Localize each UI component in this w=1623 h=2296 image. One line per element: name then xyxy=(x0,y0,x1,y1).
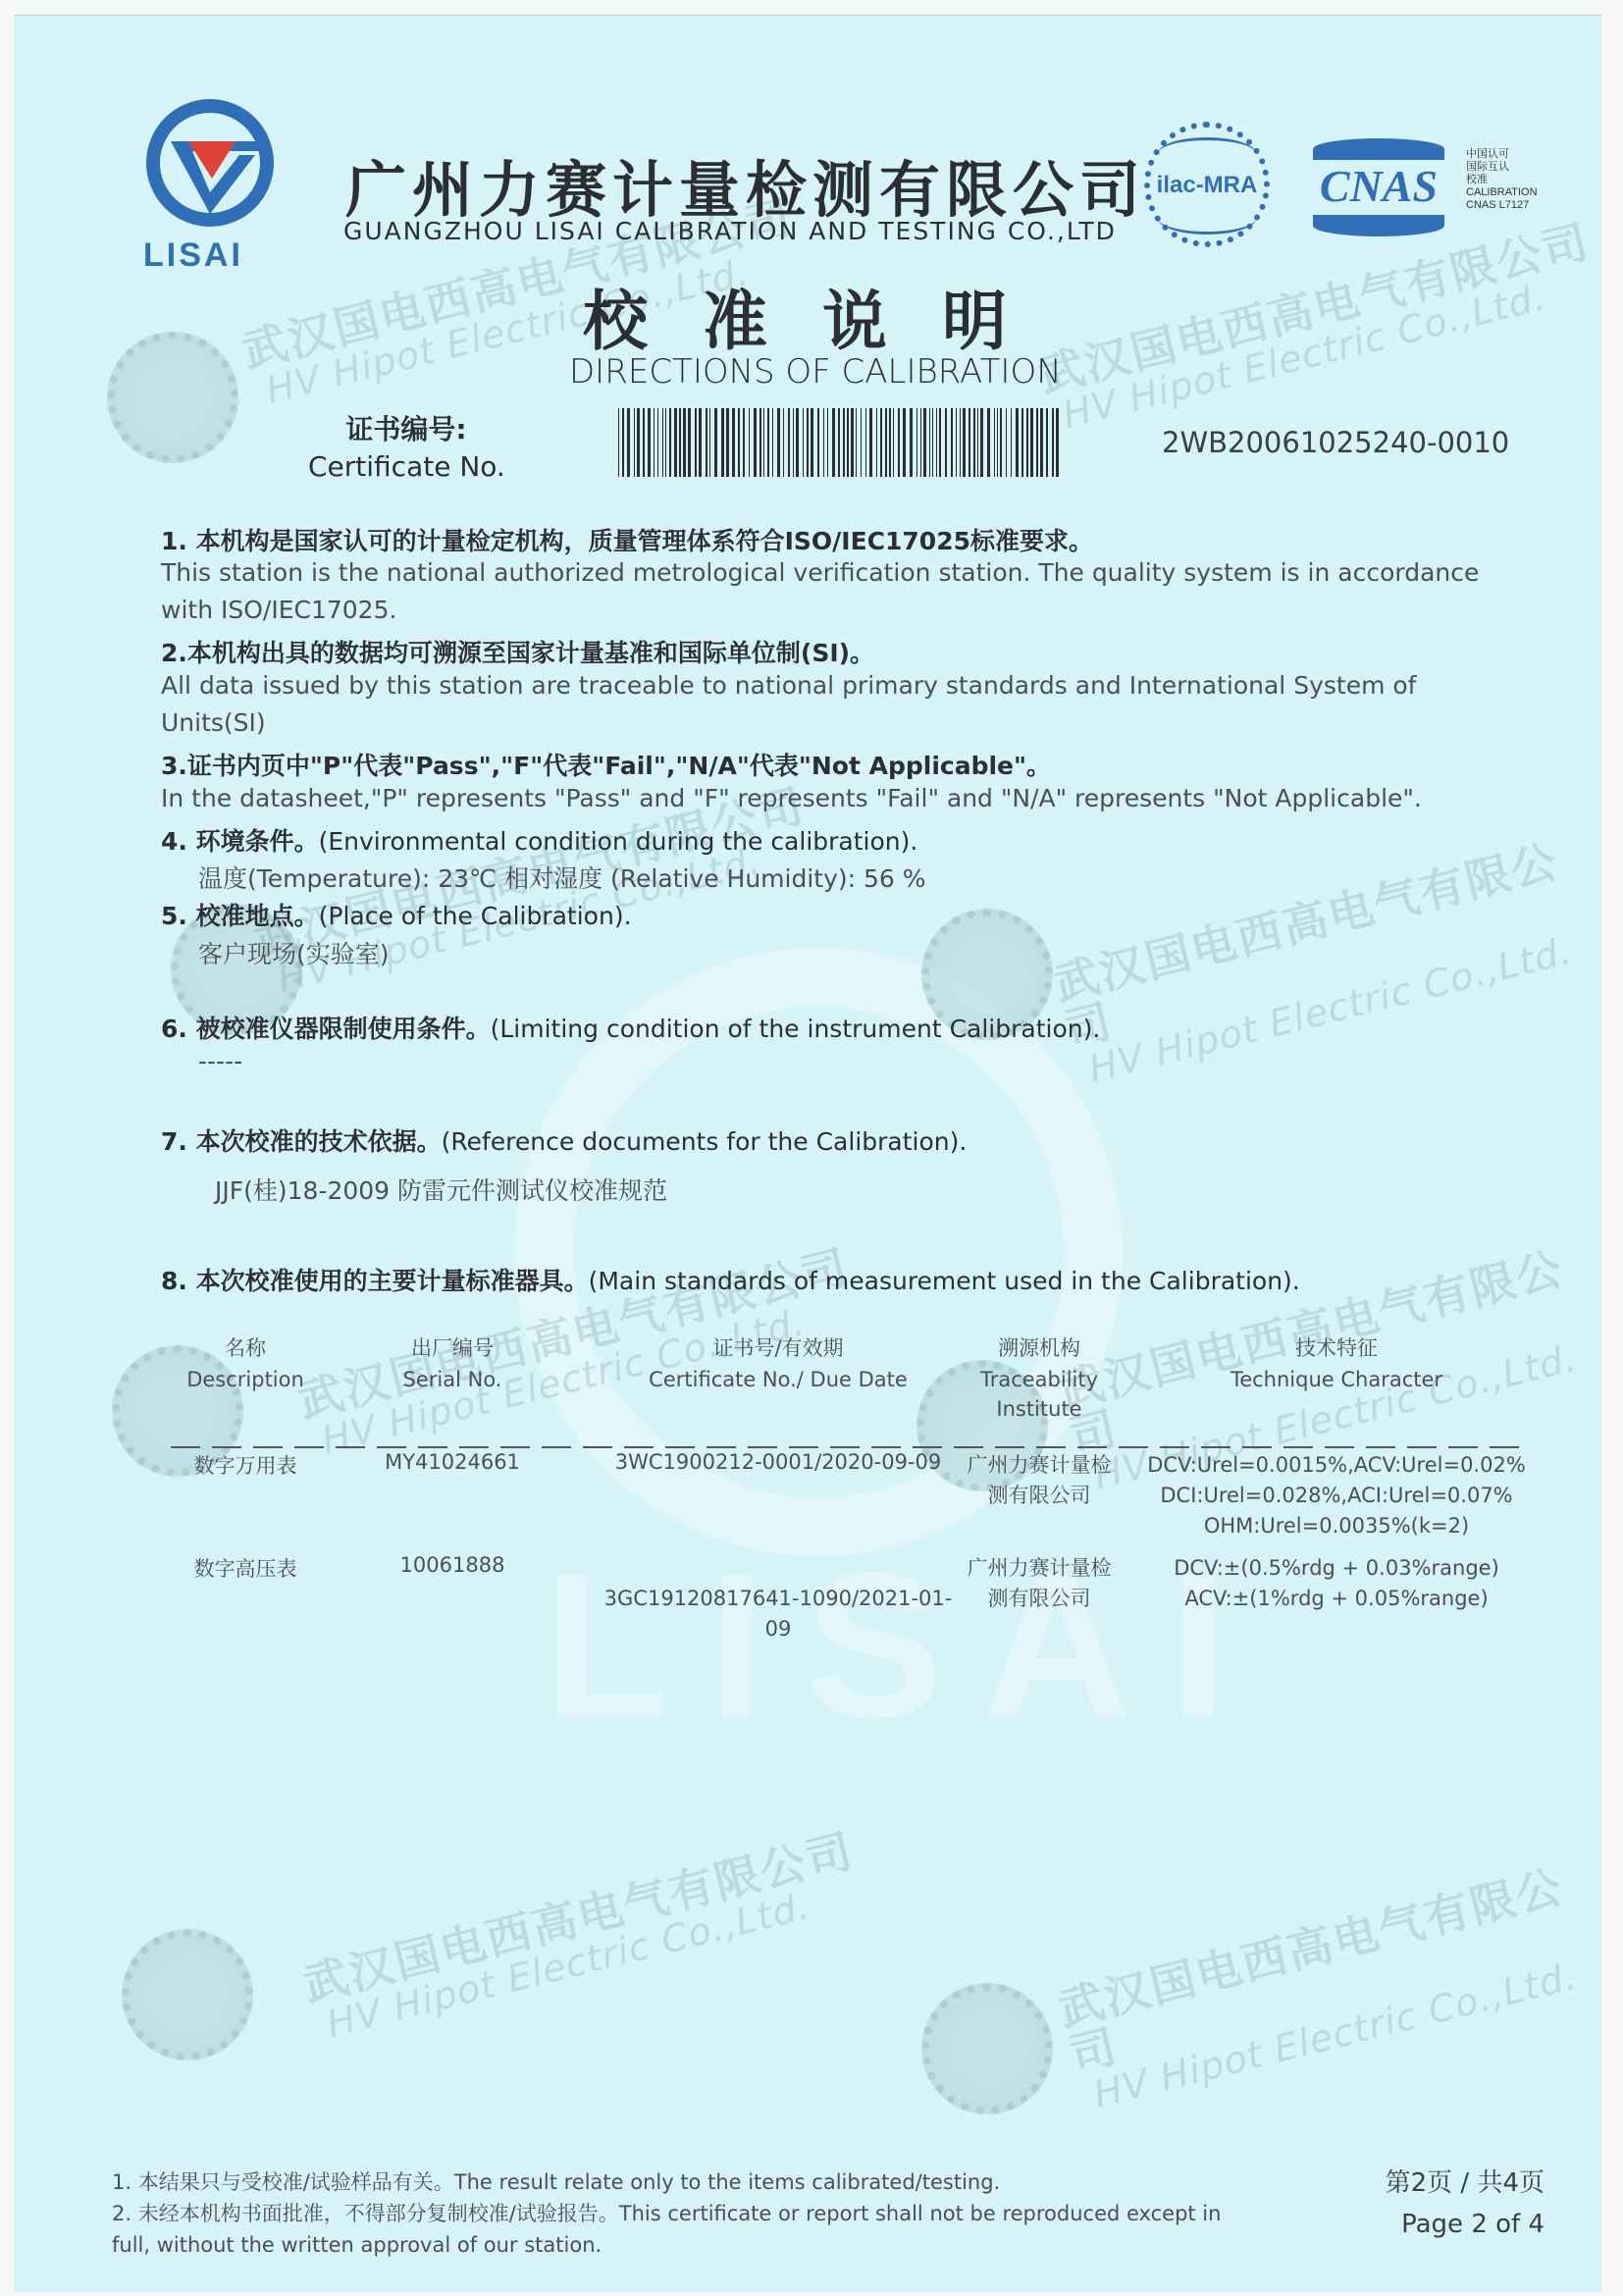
watermark: 武汉国电西高电气有限公司HV Hipot Electric Co.,Ltd. xyxy=(1049,829,1617,1092)
col-header-serial: 出厂编号Serial No. xyxy=(403,1332,502,1391)
cnas-logo-icon: CNAS xyxy=(1305,138,1452,236)
cnas-accreditation-note: 中国认可 国际互认 校准 CALIBRATION CNAS L7127 xyxy=(1466,148,1538,212)
item-3-text: In the datasheet,"P" represents "Pass" a… xyxy=(161,784,1422,812)
page-indicator: 第2页 / 共4页 Page 2 of 4 xyxy=(1289,2166,1544,2241)
company-name-cn: 广州力赛计量检测有限公司 xyxy=(345,141,1146,229)
cell-institute: 广州力赛计量检测有限公司 xyxy=(968,1553,1112,1614)
item-2-text: Units(SI) xyxy=(161,708,266,737)
cell-institute: 广州力赛计量检测有限公司 xyxy=(968,1450,1112,1511)
item-1-text: This station is the national authorized … xyxy=(161,558,1479,587)
certificate-page: LISAI 武汉国电西高电气有限公司HV Hipot Electric Co.,… xyxy=(14,15,1601,2292)
company-name-en: GUANGZHOU LISAI CALIBRATION AND TESTING … xyxy=(343,217,1117,245)
cell-certificate: 3WC1900212-0001/2020-09-09 xyxy=(615,1450,941,1474)
cell-description: 数字万用表 xyxy=(194,1450,297,1480)
item-2-heading: 2.本机构出具的数据均可溯源至国家计量基准和国际单位制(SI)。 xyxy=(161,634,874,669)
certificate-number: 2WB20061025240-0010 xyxy=(1162,426,1509,459)
item-3-heading: 3.证书内页中"P"代表"Pass","F"代表"Fail","N/A"代表"N… xyxy=(161,747,1051,782)
col-header-technique: 技术特征Technique Character xyxy=(1230,1332,1442,1391)
item-4-heading: 4. 环境条件。(Environmental condition during … xyxy=(161,822,917,858)
cell-serial: MY41024661 xyxy=(385,1450,520,1474)
watermark-gear-icon xyxy=(107,332,238,463)
certificate-label-cn: 证书编号: xyxy=(308,408,504,447)
watermark-gear-icon xyxy=(921,1983,1053,2114)
item-1-heading: 1. 本机构是国家认可的计量检定机构，质量管理体系符合ISO/IEC17025标… xyxy=(161,522,1093,557)
cell-technique: DCV:±(0.5%rdg + 0.03%range)ACV:±(1%rdg +… xyxy=(1174,1553,1499,1614)
item-2-text: All data issued by this station are trac… xyxy=(161,671,1416,700)
reference-document: JJF(桂)18-2009 防雷元件测试仪校准规范 xyxy=(215,1172,667,1207)
cell-serial: 10061888 xyxy=(400,1553,505,1577)
ilac-mra-seal-icon: ilac-MRA xyxy=(1144,122,1270,247)
environment-conditions: 温度(Temperature): 23℃ 相对湿度 (Relative Humi… xyxy=(198,860,926,895)
item-1-text: with ISO/IEC17025. xyxy=(161,596,396,624)
item-7-heading: 7. 本次校准的技术依据。(Reference documents for th… xyxy=(161,1122,967,1158)
item-6-heading: 6. 被校准仪器限制使用条件。(Limiting condition of th… xyxy=(161,1010,1100,1045)
document-title-cn: 校准说明 xyxy=(583,269,1062,362)
table-divider xyxy=(171,1446,1525,1448)
certificate-label-en: Certificate No. xyxy=(308,450,504,483)
calibration-place: 客户现场(实验室) xyxy=(198,935,390,970)
col-header-certificate: 证书号/有效期Certificate No./ Due Date xyxy=(649,1332,908,1391)
cell-technique: DCV:Urel=0.0015%,ACV:Urel=0.02%DCI:Urel=… xyxy=(1147,1450,1526,1541)
col-header-traceability: 溯源机构TraceabilityInstitute xyxy=(980,1332,1098,1421)
lisai-logo-icon xyxy=(141,94,279,232)
watermark-gear-icon xyxy=(122,1929,253,2061)
background-lisai-watermark: LISAI xyxy=(544,1527,1267,1764)
logo-text: LISAI xyxy=(143,236,243,275)
certificate-barcode xyxy=(618,408,1062,477)
limiting-condition: ----- xyxy=(198,1047,242,1075)
watermark: 武汉国电西高电气有限公司HV Hipot Electric Co.,Ltd. xyxy=(1054,1855,1617,2117)
document-title-en: DIRECTIONS OF CALIBRATION xyxy=(569,352,1062,391)
item-5-heading: 5. 校准地点。(Place of the Calibration). xyxy=(161,897,632,932)
cell-description: 数字高压表 xyxy=(194,1553,297,1583)
footer-notes: 1. 本结果只与受校准/试验样品有关。The result relate onl… xyxy=(112,2166,1221,2261)
watermark: 武汉国电西高电气有限公司HV Hipot Electric Co.,Ltd. xyxy=(298,1827,867,2048)
col-header-description: 名称Description xyxy=(186,1332,304,1391)
cell-certificate: 3GC19120817641-1090/2021-01-09 xyxy=(604,1584,953,1644)
watermark: 武汉国电西高电气有限公司HV Hipot Electric Co.,Ltd. xyxy=(1034,218,1603,439)
item-8-heading: 8. 本次校准使用的主要计量标准器具。(Main standards of me… xyxy=(161,1262,1300,1297)
